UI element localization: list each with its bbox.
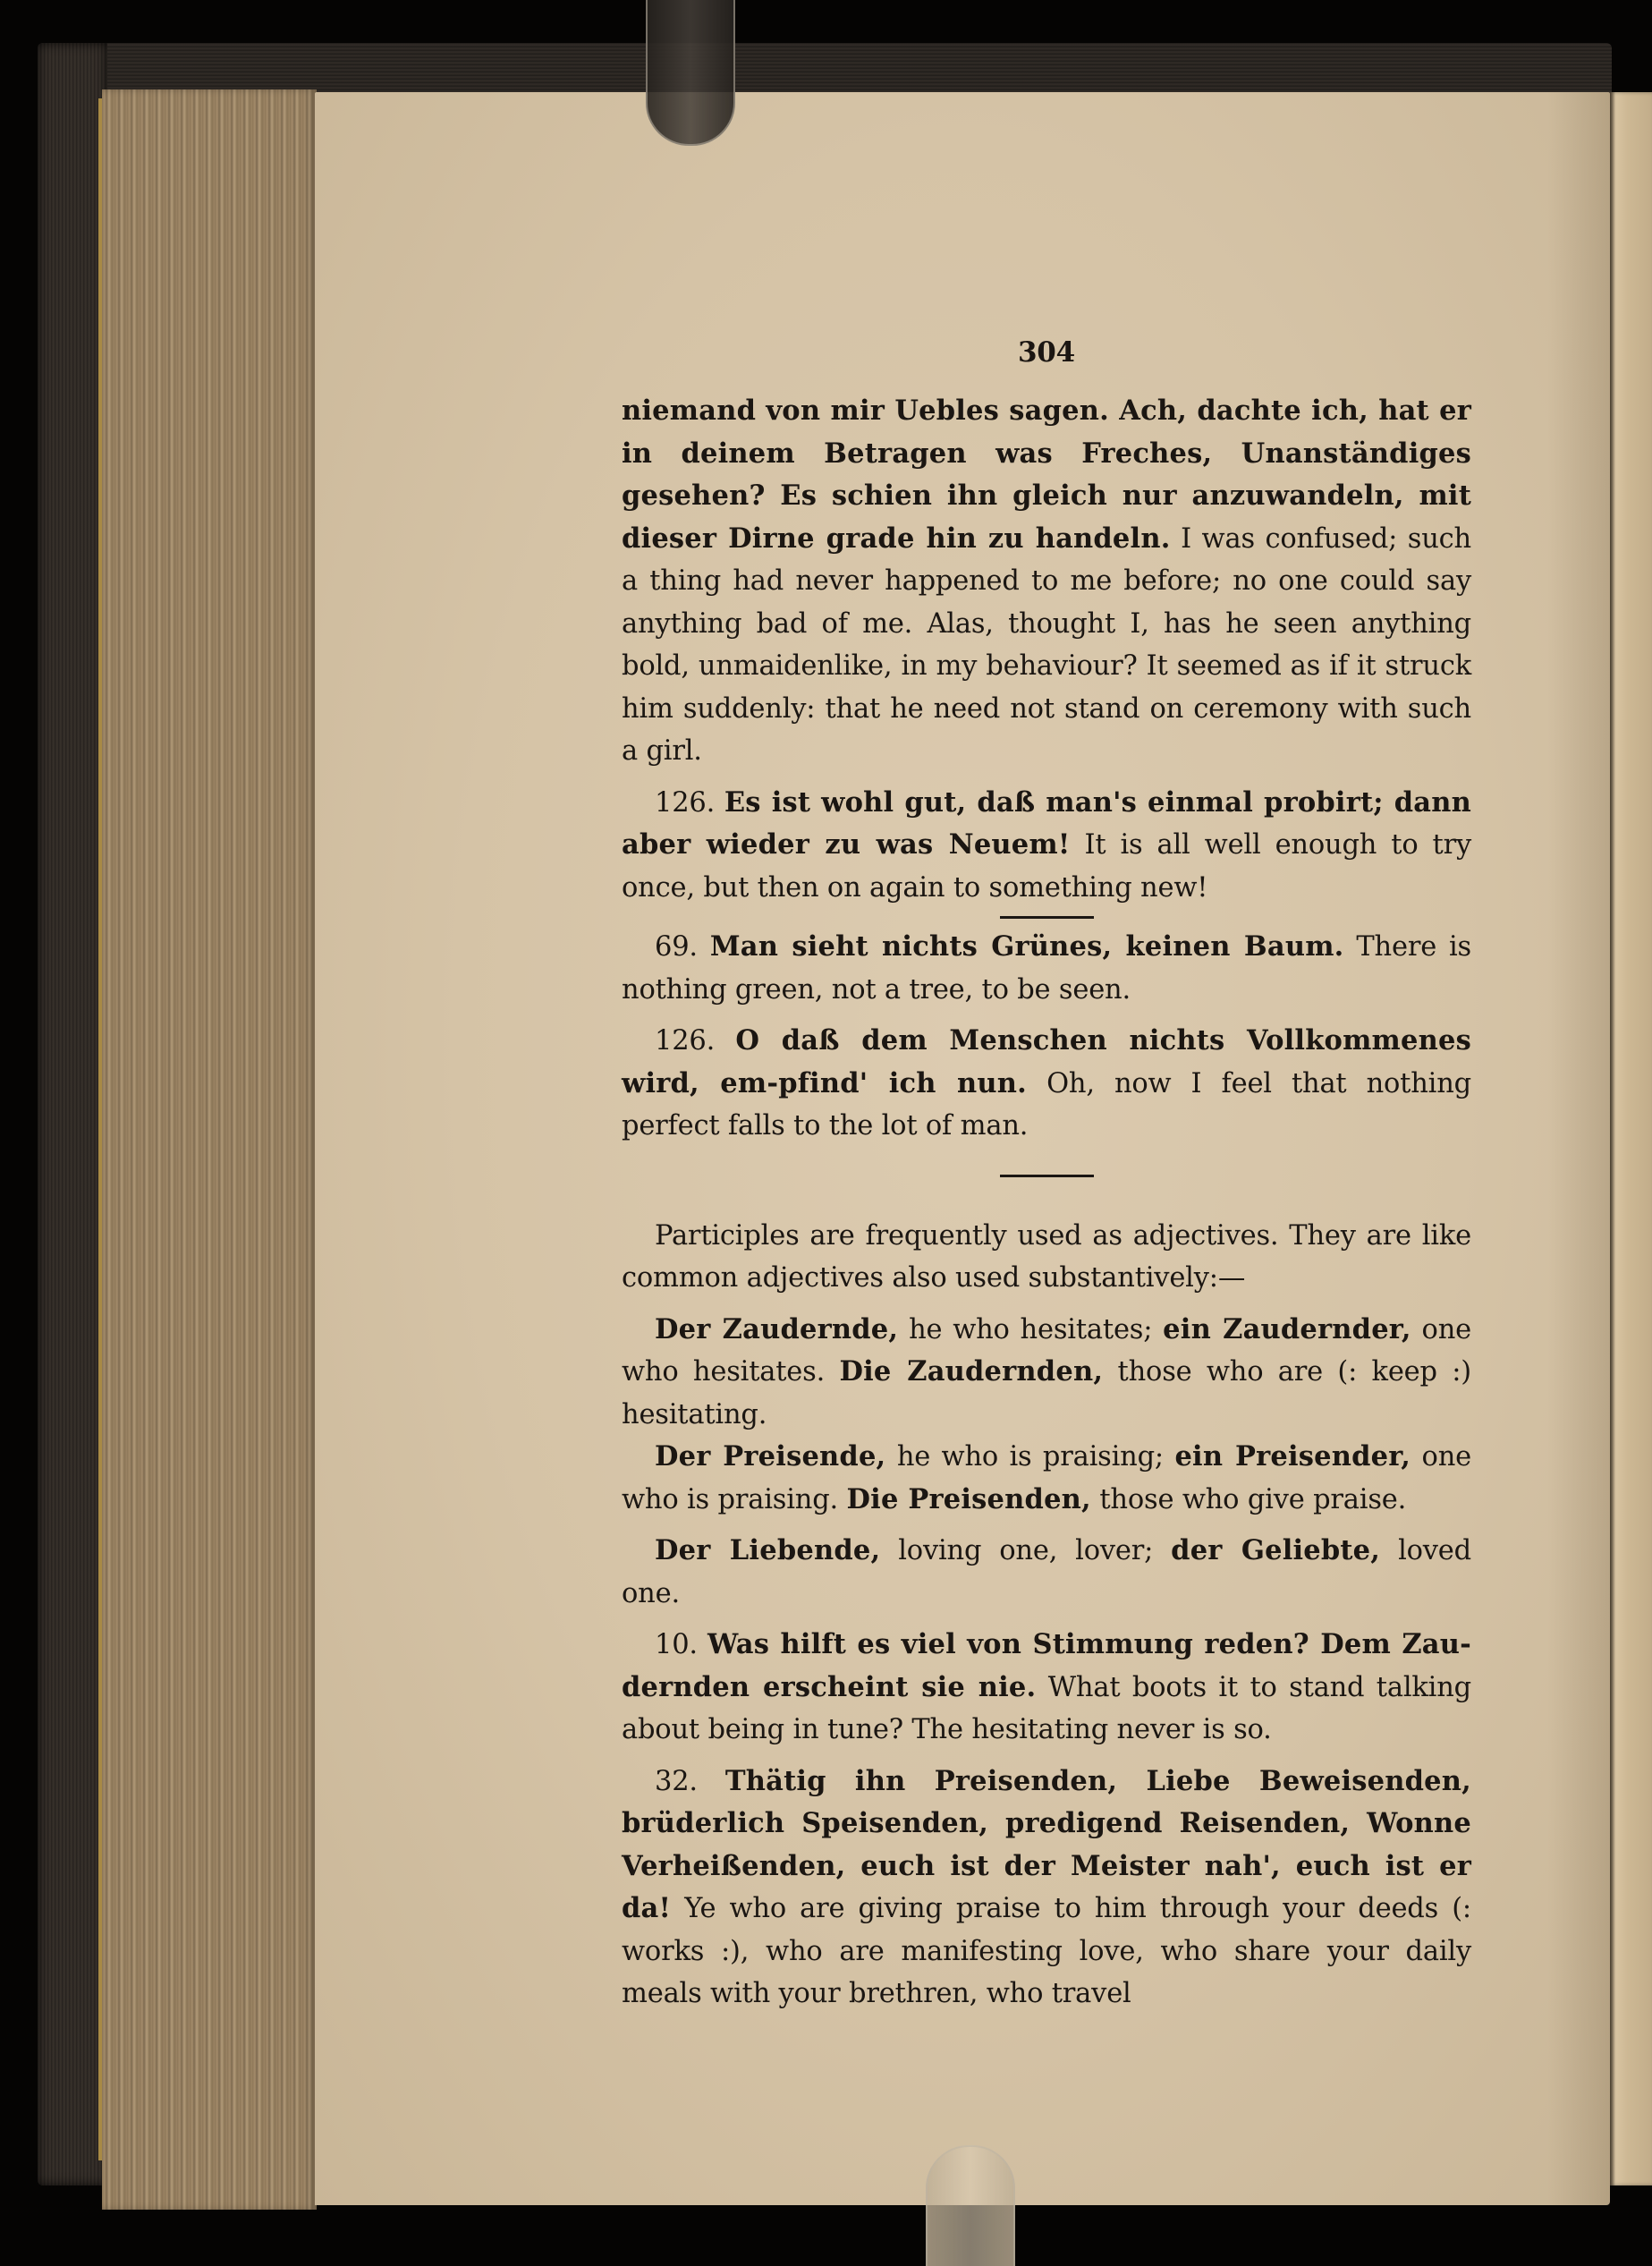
book-cover-spine (38, 43, 107, 2185)
text-column: 304 niemand von mir Uebles sagen. Ach, d… (622, 331, 1471, 2016)
book-cover-top-edge (38, 43, 1612, 97)
english-gloss: he who is praising; (897, 1441, 1164, 1472)
german-term: ein Zaudernder, (1163, 1313, 1411, 1345)
example-number: 32. (655, 1766, 698, 1797)
page-edge-stack (102, 89, 317, 2210)
example-number: 69. (655, 931, 698, 963)
gloss-liebende: Der Liebende, loving one, lover; der Gel… (622, 1530, 1471, 1615)
english-translation: Ye who are giving praise to him through … (622, 1893, 1471, 2009)
example-69: 69. Man sieht nichts Grünes, keinen Baum… (622, 926, 1471, 1011)
example-126-a: 126. Es ist wohl gut, daß man's einmal p… (622, 782, 1471, 910)
explanation-participles: Participles are frequently used as adjec… (622, 1215, 1471, 1300)
german-term: Die Zaudernden, (839, 1355, 1103, 1388)
section-divider-rule (1000, 1175, 1094, 1177)
page-holder-clip-bottom (926, 2145, 1015, 2266)
example-number: 126. (655, 1025, 715, 1057)
section-divider-rule (1000, 916, 1094, 919)
english-translation: I was confused; such a thing had never h… (622, 523, 1471, 768)
example-number: 126. (655, 787, 715, 819)
german-term: Der Liebende, (655, 1534, 880, 1566)
english-gloss: he who hesitates; (909, 1314, 1152, 1345)
example-10: 10. Was hilft es viel von Stimmung reden… (622, 1624, 1471, 1752)
german-term: Der Zaudernde, (655, 1313, 898, 1345)
german-term: Die Preisenden, (847, 1483, 1091, 1515)
gloss-preisende: Der Preisende, he who is praising; ein P… (622, 1436, 1471, 1521)
german-term: ein Preisender, (1174, 1440, 1411, 1472)
page-number: 304 (622, 331, 1471, 374)
example-number: 10. (655, 1629, 698, 1660)
english-gloss: those who give praise. (1099, 1484, 1406, 1515)
example-32: 32. Thätig ihn Preisenden, Liebe Beweise… (622, 1761, 1471, 2016)
gloss-zaudernde: Der Zaudernde, he who hesitates; ein Zau… (622, 1309, 1471, 1437)
facing-page-edge (1610, 92, 1652, 2185)
paragraph-continuation: niemand von mir Uebles sagen. Ach, dacht… (622, 390, 1471, 773)
german-text: Man sieht nichts Grünes, keinen Baum. (710, 930, 1344, 963)
gilt-edge-line (98, 98, 102, 2160)
page-holder-clip-top (646, 0, 735, 146)
example-126-b: 126. O daß dem Menschen nichts Vollkomme… (622, 1020, 1471, 1148)
german-term: Der Preisende, (655, 1440, 885, 1472)
english-text: Participles are frequently used as adjec… (622, 1220, 1471, 1294)
english-gloss: loving one, lover; (898, 1535, 1153, 1566)
german-term: der Geliebte, (1171, 1534, 1380, 1566)
